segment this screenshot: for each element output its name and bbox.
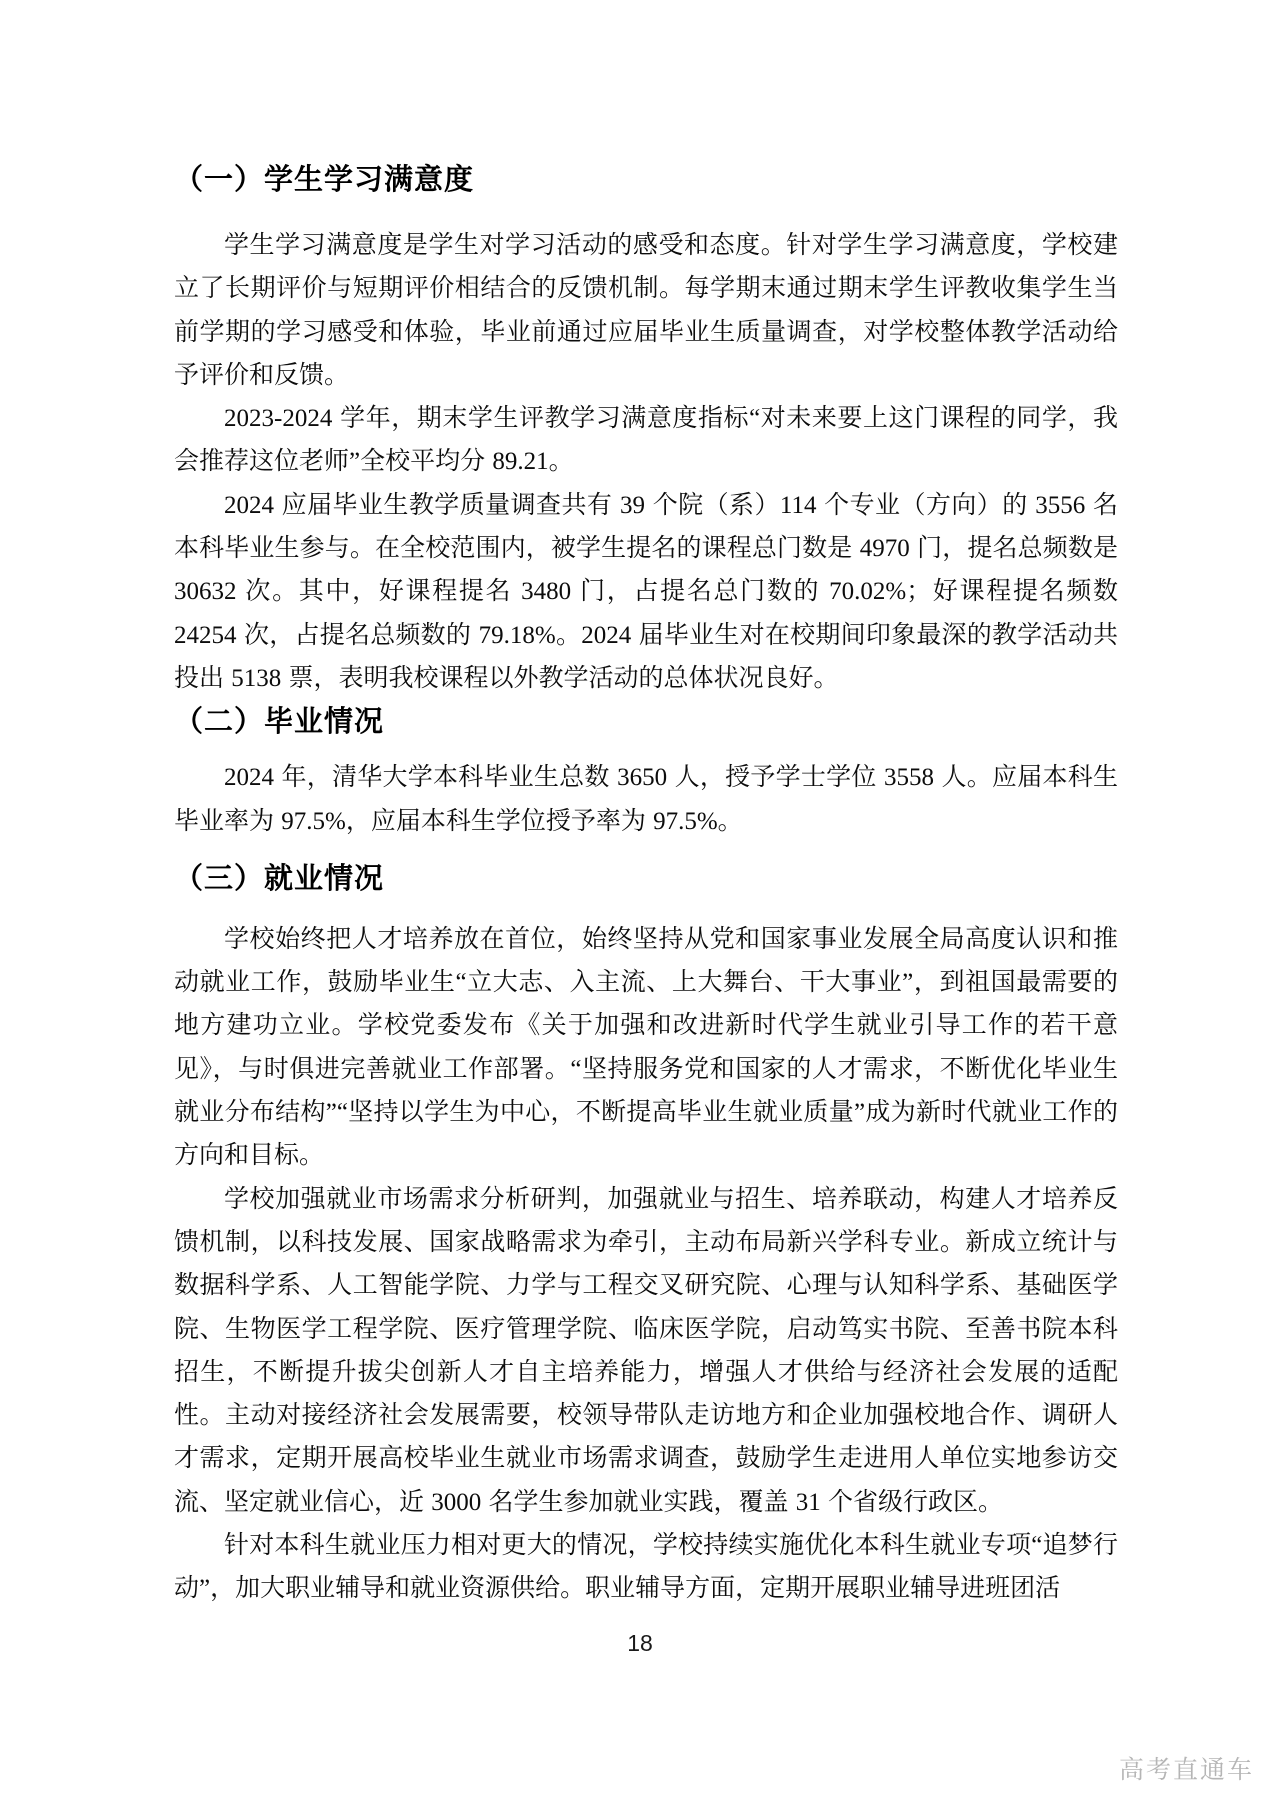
paragraph: 2023-2024 学年，期末学生评教学习满意度指标“对未来要上这门课程的同学，…	[174, 397, 1118, 484]
paragraph: 学生学习满意度是学生对学习活动的感受和态度。针对学生学习满意度，学校建立了长期评…	[174, 224, 1118, 397]
section-heading-employment: （三）就业情况	[174, 857, 1118, 901]
paragraph: 学校加强就业市场需求分析研判，加强就业与招生、培养联动，构建人才培养反馈机制，以…	[174, 1178, 1118, 1524]
document-page: （一）学生学习满意度 学生学习满意度是学生对学习活动的感受和态度。针对学生学习满…	[0, 0, 1280, 1810]
section-heading-graduation: （二）毕业情况	[174, 700, 1118, 744]
watermark-text: 高考直通车	[1119, 1750, 1254, 1786]
paragraph: 学校始终把人才培养放在首位，始终坚持从党和国家事业发展全局高度认识和推动就业工作…	[174, 918, 1118, 1178]
page-content: （一）学生学习满意度 学生学习满意度是学生对学习活动的感受和态度。针对学生学习满…	[174, 0, 1118, 1611]
paragraph: 针对本科生就业压力相对更大的情况，学校持续实施优化本科生就业专项“追梦行动”，加…	[174, 1524, 1118, 1611]
page-number: 18	[0, 1630, 1280, 1657]
paragraph: 2024 应届毕业生教学质量调查共有 39 个院（系）114 个专业（方向）的 …	[174, 484, 1118, 700]
paragraph: 2024 年，清华大学本科毕业生总数 3650 人，授予学士学位 3558 人。…	[174, 756, 1118, 843]
section-heading-student-satisfaction: （一）学生学习满意度	[174, 158, 1118, 202]
